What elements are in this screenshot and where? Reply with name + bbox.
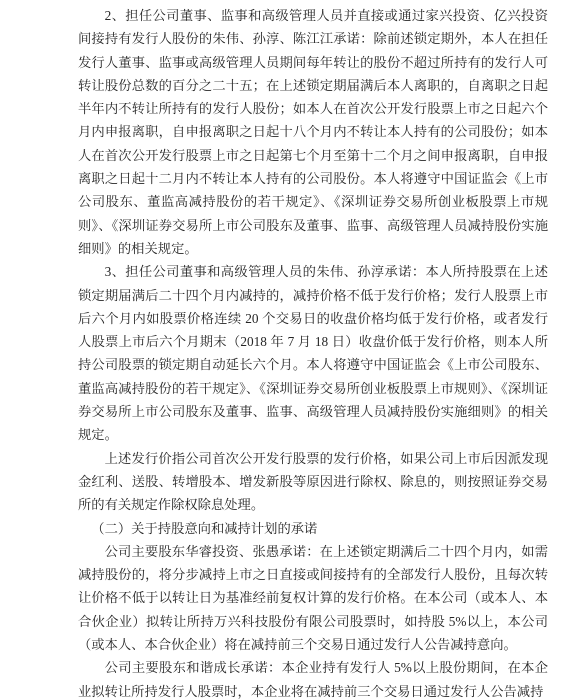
section-heading-holding-intention: （二）关于持股意向和减持计划的承诺 <box>78 517 548 540</box>
paragraph-lockup-commitment-directors: 2、担任公司董事、监事和高级管理人员并直接或通过家兴投资、亿兴投资间接持有发行人… <box>78 4 548 260</box>
document-text-block: 2、担任公司董事、监事和高级管理人员并直接或通过家兴投资、亿兴投资间接持有发行人… <box>78 4 548 700</box>
paragraph-hexie-chengzhang-commitment: 公司主要股东和谐成长承诺：本企业持有发行人 5%以上股份期间，在本企业拟转让所持… <box>78 656 548 700</box>
paragraph-issue-price-adjustment-note: 上述发行价指公司首次公开发行股票的发行价格，如果公司上市后因派发现金红利、送股、… <box>78 447 548 517</box>
paragraph-reduction-price-commitment: 3、担任公司董事和高级管理人员的朱伟、孙淳承诺：本人所持股票在上述锁定期届满后二… <box>78 260 548 446</box>
document-page: 2、担任公司董事、监事和高级管理人员并直接或通过家兴投资、亿兴投资间接持有发行人… <box>0 0 587 700</box>
paragraph-huarui-zhangyu-commitment: 公司主要股东华睿投资、张愚承诺：在上述锁定期满后二十四个月内，如需减持股份的，将… <box>78 540 548 656</box>
